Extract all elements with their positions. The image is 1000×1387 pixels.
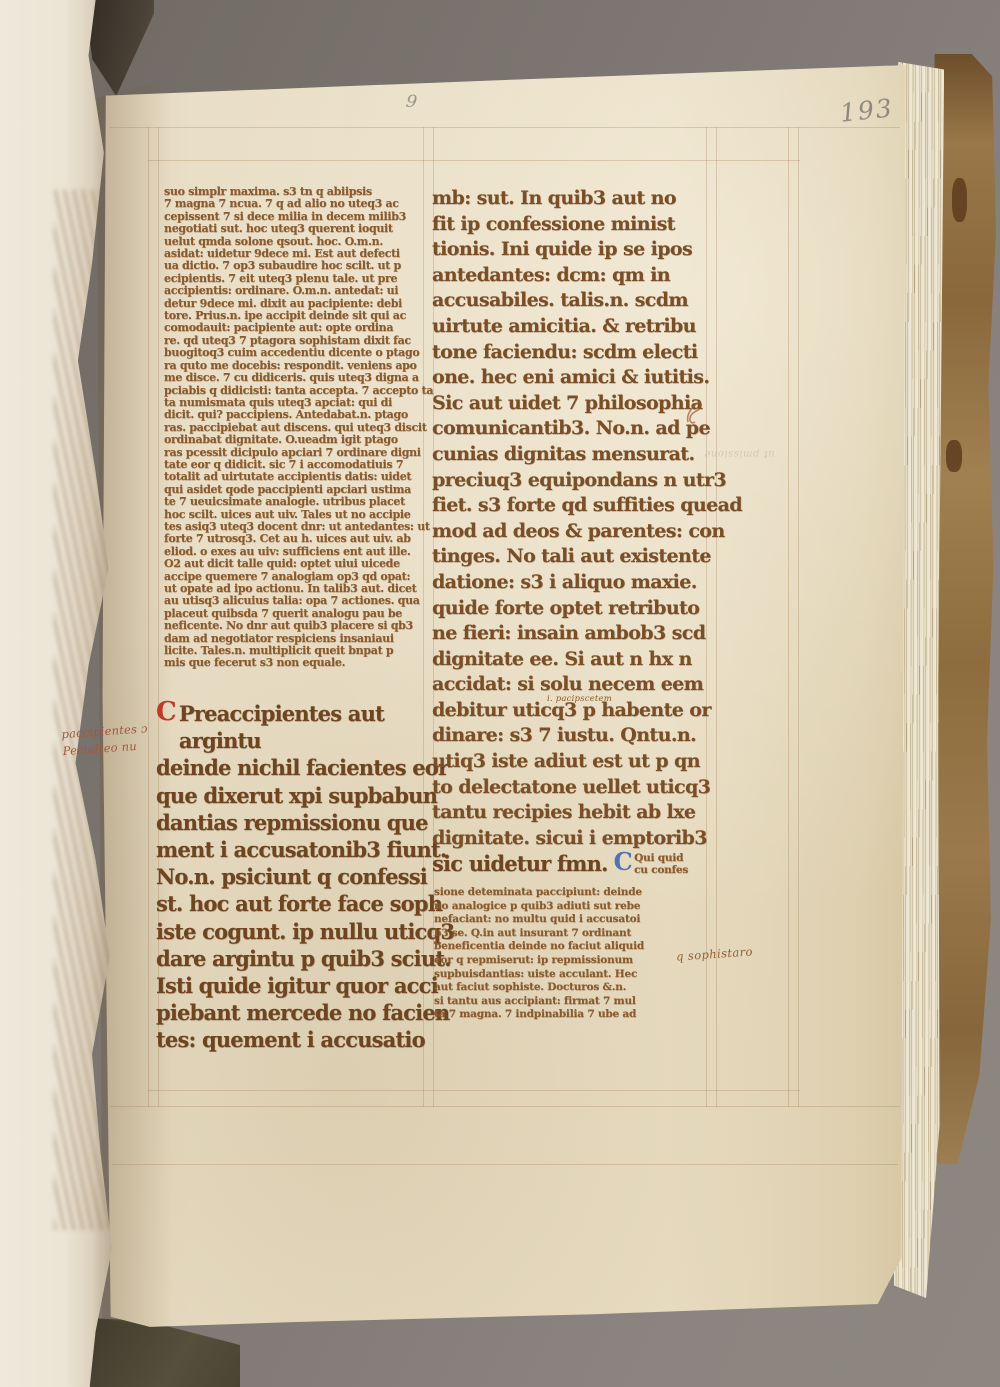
text-line: totalit ad uirtutate accipientis datis: … (164, 471, 432, 483)
text-line: st. hoc aut forte face soph (156, 890, 442, 917)
ruling-line (110, 1106, 900, 1107)
text-line: tinges. No tali aut existente (432, 544, 716, 570)
ruling-line (148, 1090, 800, 1091)
text-line: me disce. 7 cu didiceris. quis uteq3 dig… (164, 372, 432, 384)
text-line: buogitoq3 cuim accedentiu dicente o ptag… (164, 347, 432, 359)
text-line: te 7 ueuicsimate analogie. utribus place… (164, 496, 432, 508)
text-line: antedantes: dcm: qm in (432, 263, 716, 289)
text-column-right-medium: mb: sut. In quib3 aut nofit ip confessio… (432, 186, 716, 877)
text-line: ta 7 magna. 7 indpinabilia 7 ube ad (434, 1008, 708, 1022)
paragraph-transition-line: sic uidetur fmn. C Qui quid cu confes (432, 851, 716, 877)
folio-number: 193 (839, 93, 895, 127)
text-line: ordinabat dignitate. O.ueadm igit ptago (164, 434, 432, 446)
text-line: si tantu aus accipiant: firmat 7 mul (434, 995, 708, 1009)
ink-show-through-text: ut pmissione (704, 448, 775, 459)
text-line: utiq3 iste adiut est ut p qn (432, 749, 716, 775)
text-column-left-large: C Preaccipientes aut argintu deinde nich… (156, 700, 442, 1054)
text-line: 7 magna 7 ncua. 7 q ad alio no uteq3 ac (164, 198, 432, 210)
ruling-line (148, 127, 149, 1107)
text-line: au utisq3 alicuius talia: opa 7 actiones… (164, 595, 432, 607)
text-line: tionis. Ini quide ip se ipos (432, 237, 716, 263)
text-line: dignitate. sicui i emptorib3 (432, 826, 716, 852)
text-line: tantu recipies hebit ab lxe (432, 800, 716, 826)
text-line: O2 aut dicit talle quid: optet uiui uice… (164, 558, 432, 570)
text-line: mod ad deos & parentes: con (432, 519, 716, 545)
text-line: dantias repmissionu que (156, 809, 442, 836)
ruling-line (788, 127, 789, 1107)
text-line: fiet. s3 forte qd suffities quead (432, 493, 716, 519)
text-line: cu confes (634, 864, 688, 876)
text-line: sic uidetur fmn. (432, 851, 608, 877)
text-line: neficente. No dnr aut quib3 placere si q… (164, 620, 432, 632)
text-line: dare argintu p quib3 sciut. (156, 945, 442, 972)
text-line: accipientis: ordinare. O.m.n. antedat: u… (164, 285, 432, 297)
text-line: deinde nichil facientes eor (156, 754, 442, 781)
text-line: nefaciant: no multu quid i accusatoi (434, 913, 708, 927)
text-line: no analogice p quib3 adiuti sut rebe (434, 900, 708, 914)
text-line: uirtute amicitia. & retribu (432, 314, 716, 340)
text-line: Qui quid (634, 852, 688, 864)
ruling-line (798, 127, 799, 1107)
text-line: dicit. qui? paccipiens. Antedabat.n. pta… (164, 409, 432, 421)
text-line: ne fieri: insain ambob3 scd (432, 621, 716, 647)
text-line: quide forte optet retributo (432, 596, 716, 622)
binding-clasp-remnant (946, 440, 962, 472)
text-line: fit ip confessione minist (432, 212, 716, 238)
text-line: dinare: s3 7 iustu. Qntu.n. (432, 723, 716, 749)
blue-paraph-icon: C (614, 851, 633, 873)
ruling-line (112, 1164, 898, 1165)
paragraph-first-line: C Preaccipientes aut argintu (156, 700, 442, 754)
paragraph-body: mb: sut. In quib3 aut nofit ip confessio… (432, 186, 716, 851)
text-column-right-small: sione deteminata paccipiunt: deindeno an… (434, 886, 708, 1022)
text-line: mis que fecerut s3 non equale. (164, 657, 432, 669)
text-line: tone faciendu: scdm electi (432, 340, 716, 366)
text-line: negotiati sut. hoc uteq3 querent ioquit (164, 223, 432, 235)
text-line: beneficentia deinde no faciut aliquid (434, 940, 708, 954)
text-line: Sic aut uidet 7 philosophia (432, 391, 716, 417)
text-line: ua dictio. 7 op3 subaudire hoc scilt. ut… (164, 260, 432, 272)
text-line: No.n. psiciunt q confessi (156, 863, 442, 890)
text-line: Isti quide igitur quor acci (156, 972, 442, 999)
text-line: preciuq3 equipondans n utr3 (432, 468, 716, 494)
text-line: dignitate ee. Si aut n hx n (432, 647, 716, 673)
text-line: piebant mercede no facien (156, 999, 442, 1026)
nota-squiggle-icon (684, 398, 706, 432)
text-line: sione deteminata paccipiunt: deinde (434, 886, 708, 900)
text-line: comunicantib3. No.n. ad pe (432, 416, 716, 442)
interlinear-gloss: i. pacipscetem (547, 694, 612, 704)
text-column-left-small: suo simplr maxima. s3 tn q abiipsis7 mag… (164, 186, 432, 670)
text-line: b3 se. Q.in aut insurant 7 ordinant (434, 927, 708, 941)
text-line: accusabiles. talis.n. scdm (432, 288, 716, 314)
text-line: iste cogunt. ip nullu uticq3 (156, 918, 442, 945)
text-line: ment i accusatonib3 fiunt. (156, 836, 442, 863)
text-line: cunias dignitas mensurat. (432, 442, 716, 468)
ruling-line (148, 160, 800, 161)
text-line: datione: s3 i aliquo maxie. (432, 570, 716, 596)
book-cover-corner (84, 0, 154, 96)
manuscript-photo: suo simplr maxima. s3 tn q abiipsis7 mag… (0, 0, 1000, 1387)
text-line: aut faciut sophiste. Docturos &.n. (434, 981, 708, 995)
binding-clasp-remnant (952, 178, 967, 222)
ruling-line (110, 127, 900, 128)
paragraph-body: deinde nichil facientes eorque dixerut x… (156, 754, 442, 1053)
text-line: to delectatone uellet uticq3 (432, 775, 716, 801)
small-text-start: Qui quid cu confes (634, 851, 688, 876)
text-line: comodauit: pacipiente aut: opte ordina (164, 322, 432, 334)
text-line: supbuisdantias: uiste acculant. Hec (434, 968, 708, 982)
text-line: one. hec eni amici & iutitis. (432, 365, 716, 391)
text-line: Preaccipientes aut argintu (179, 700, 442, 754)
text-line: tes: quement i accusatio (156, 1026, 442, 1053)
text-line: forte 7 utrosq3. Cet au h. uices aut uiv… (164, 533, 432, 545)
text-line: eor q repmiserut: ip repmissionum (434, 954, 708, 968)
text-line: que dixerut xpi supbabun (156, 782, 442, 809)
text-line: mb: sut. In quib3 aut no (432, 186, 716, 212)
